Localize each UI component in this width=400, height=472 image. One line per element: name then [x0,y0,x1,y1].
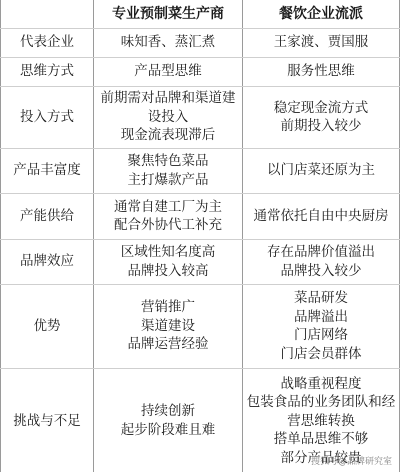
cell-line: 营销推广 [96,298,240,317]
cell-line: 配合外协代工补充 [96,216,240,235]
cell-restaurant: 存在品牌价值溢出品牌投入较少 [243,239,400,284]
cell-line: 门店会员群体 [245,345,397,364]
cell-line: 品牌运营经验 [96,335,240,354]
row-label: 思维方式 [1,57,94,86]
cell-line: 服务性思维 [245,62,397,81]
cell-restaurant: 通常依托自由中央厨房 [243,193,400,239]
table-row: 思维方式产品型思维服务性思维 [1,57,400,86]
cell-line: 品牌投入较少 [245,262,397,281]
table-row: 产能供给通常自建工厂为主配合外协代工补充通常依托自由中央厨房 [1,193,400,239]
cell-producer: 味知香、蒸汇煮 [94,28,243,57]
cell-line: 王家渡、贾国服 [245,33,397,52]
cell-restaurant: 王家渡、贾国服 [243,28,400,57]
cell-line: 战略重视程度 [245,375,397,394]
cell-producer: 产品型思维 [94,57,243,86]
cell-line: 前期投入较少 [245,117,397,136]
cell-line: 产品型思维 [96,62,240,81]
cell-producer: 聚焦特色菜品主打爆款产品 [94,148,243,193]
cell-line: 设投入 [96,108,240,127]
watermark: 搜狐号@品牌研究室 [311,454,392,467]
table-row: 代表企业味知香、蒸汇煮王家渡、贾国服 [1,28,400,57]
row-label: 品牌效应 [1,239,94,284]
header-empty [1,0,94,28]
cell-producer: 区域性知名度高品牌投入较高 [94,239,243,284]
cell-line: 前期需对品牌和渠道建 [96,89,240,108]
row-label: 优势 [1,284,94,368]
header-prepared-food-producer: 专业预制菜生产商 [94,0,243,28]
row-label: 产能供给 [1,193,94,239]
table-row: 品牌效应区域性知名度高品牌投入较高存在品牌价值溢出品牌投入较少 [1,239,400,284]
cell-line: 聚焦特色菜品 [96,152,240,171]
cell-line: 稳定现金流方式 [245,99,397,118]
cell-line: 通常自建工厂为主 [96,198,240,217]
cell-line: 营思维转换 [245,412,397,431]
cell-line: 门店网络 [245,326,397,345]
cell-restaurant: 菜品研发品牌溢出门店网络门店会员群体 [243,284,400,368]
cell-line: 以门店菜还原为主 [245,161,397,180]
cell-line: 现金流表现滞后 [96,126,240,145]
cell-line: 品牌投入较高 [96,262,240,281]
cell-producer: 前期需对品牌和渠道建设投入现金流表现滞后 [94,86,243,148]
cell-line: 味知香、蒸汇煮 [96,33,240,52]
cell-line: 主打爆款产品 [96,171,240,190]
cell-line: 菜品研发 [245,289,397,308]
table-row: 优势营销推广渠道建设品牌运营经验菜品研发品牌溢出门店网络门店会员群体 [1,284,400,368]
row-label: 挑战与不足 [1,368,94,472]
cell-restaurant: 服务性思维 [243,57,400,86]
cell-line: 起步阶段难且难 [96,421,240,440]
cell-producer: 持续创新起步阶段难且难 [94,368,243,472]
cell-restaurant: 以门店菜还原为主 [243,148,400,193]
cell-line: 品牌溢出 [245,308,397,327]
row-label: 产品丰富度 [1,148,94,193]
comparison-table: 专业预制菜生产商 餐饮企业流派 代表企业味知香、蒸汇煮王家渡、贾国服思维方式产品… [0,0,400,472]
table-row: 产品丰富度聚焦特色菜品主打爆款产品以门店菜还原为主 [1,148,400,193]
cell-line: 区域性知名度高 [96,243,240,262]
cell-line: 存在品牌价值溢出 [245,243,397,262]
row-label: 投入方式 [1,86,94,148]
table-row: 投入方式前期需对品牌和渠道建设投入现金流表现滞后稳定现金流方式前期投入较少 [1,86,400,148]
cell-producer: 通常自建工厂为主配合外协代工补充 [94,193,243,239]
cell-restaurant: 稳定现金流方式前期投入较少 [243,86,400,148]
cell-line: 通常依托自由中央厨房 [245,207,397,226]
cell-line: 渠道建设 [96,317,240,336]
cell-line: 搭单品思维不够 [245,430,397,449]
header-restaurant-school: 餐饮企业流派 [243,0,400,28]
row-label: 代表企业 [1,28,94,57]
cell-line: 包装食品的业务团队和经 [245,393,397,412]
cell-producer: 营销推广渠道建设品牌运营经验 [94,284,243,368]
cell-line: 持续创新 [96,402,240,421]
header-row: 专业预制菜生产商 餐饮企业流派 [1,0,400,28]
